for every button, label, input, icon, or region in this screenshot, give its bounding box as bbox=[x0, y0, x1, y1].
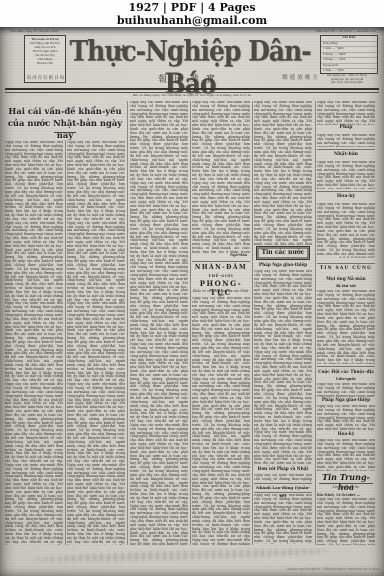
chinese-caption-left: 向河在紅紙日每 bbox=[24, 75, 68, 81]
section-box-tin-cac-nuoc: Tin các nước bbox=[256, 246, 310, 260]
body-text: Ngày nay các nước văn-minh đều chú trọng… bbox=[317, 498, 375, 545]
article-title-phongtuc: PHONG-TỤC bbox=[192, 279, 250, 289]
column-1: Ngày nay các nước văn-minh đều chú trọng… bbox=[5, 101, 63, 545]
masthead-date-right: Năm thứ VII — Số 2107 — Giá bán 5 xu bbox=[256, 30, 376, 34]
header-tin-sau-cung: TIN SAU CÙNG bbox=[317, 263, 375, 276]
author-signature: Ngô-Hân bbox=[192, 253, 250, 259]
advert-note-line: tiền trước mỗi dòng 0$20 bbox=[318, 81, 376, 85]
body-text: Ngày nay các nước văn-minh đều chú trọng… bbox=[192, 101, 250, 253]
body-text: Ngày nay các nước văn-minh đều chú trọng… bbox=[5, 141, 63, 545]
body-text: Ngày nay các nước văn-minh đều chú trọng… bbox=[67, 141, 125, 545]
column-3: Ngày nay các nước văn-minh đều chú trọng… bbox=[130, 101, 188, 545]
scan-smudge bbox=[30, 547, 330, 564]
info-box-line: Bùi-huy-Tín bbox=[26, 61, 64, 65]
subheader-phap-nga-2: Pháp Nga giao-thiệp bbox=[317, 397, 375, 405]
body-text: Ngày nay các nước văn-minh đều chú trọng… bbox=[317, 134, 375, 147]
column-rule bbox=[65, 140, 66, 545]
column-rule bbox=[190, 101, 191, 545]
pdf-email: buihuuhanh@gmail.com bbox=[0, 14, 384, 27]
body-text: Ngày nay các nước văn-minh đều chú trọng… bbox=[317, 101, 375, 125]
subheader-hoa-ky-2: Hoa-kỳ bbox=[317, 431, 375, 439]
publication-subtitle: Báo in hằng ngày, trừ chủ-nhật và ngày l… bbox=[40, 93, 344, 97]
body-text: Ngày nay các nước văn-minh đều chú trọng… bbox=[317, 203, 375, 255]
subheader-don-voi-phap-nhat: Đơn với Pháp và Nhật bbox=[254, 466, 312, 474]
body-text: Ngày nay các nước văn-minh đều chú trọng… bbox=[317, 161, 375, 189]
pdf-info-line: 1927 | PDF | 4 Pages bbox=[0, 0, 384, 14]
header-phap: Pháp bbox=[317, 125, 375, 134]
agency-byline: A. C. P. 15 Octobre 1927 bbox=[317, 255, 375, 261]
body-text: Ngày nay các nước văn-minh đều chú trọng… bbox=[254, 101, 312, 245]
subscription-price-box: GIÁ BÁO Đông-Pháp: 1 năm ..... 5$00 6 th… bbox=[320, 35, 378, 74]
gallica-watermark: Source gallica.bnf.fr / Bibliothèque nat… bbox=[287, 567, 380, 571]
section-header-nhandam: NHÀN-ĐÀM bbox=[192, 261, 250, 274]
pdf-info-banner: 1927 | PDF | 4 Pages buihuuhanh@gmail.co… bbox=[0, 0, 384, 27]
chinese-title: 報民業實 bbox=[130, 72, 250, 85]
body-text: Ngày nay các nước văn-minh đều chú trọng… bbox=[254, 494, 312, 544]
subheader-thuoc-dia: Cuộc Hội các Thuộc-địa bbox=[317, 366, 375, 377]
subheader-moi-ung: Mọi ủng Nã-mân bbox=[317, 276, 375, 284]
body-text: Ngày nay các nước văn-minh đều chú trọng… bbox=[254, 270, 312, 466]
body-text: Ngày nay các nước văn-minh đều chú trọng… bbox=[317, 439, 375, 471]
body-text: Ngày nay các nước văn-minh đều chú trọng… bbox=[317, 290, 375, 364]
advert-note: Giá quảng-cáo — Bàn với Trị-sự quảng-cáo… bbox=[318, 74, 376, 85]
header-nhat-ban: Nhật-bản bbox=[317, 149, 375, 161]
subheader-phap-nga: Pháp Nga giao-thiệp bbox=[254, 262, 312, 270]
body-text: Ngày nay các nước văn-minh đều chú trọng… bbox=[317, 383, 375, 397]
headline-space bbox=[5, 101, 63, 141]
newspaper-page: Thứ năm, ngày 27 Octobre 1927 Năm thứ VI… bbox=[0, 27, 384, 576]
column-6: Ngày nay các nước văn-minh đều chú trọng… bbox=[317, 101, 375, 545]
column-4: Ngày nay các nước văn-minh đều chú trọng… bbox=[192, 101, 250, 545]
column-rule bbox=[315, 101, 316, 545]
body-text: Ngày nay các nước văn-minh đều chú trọng… bbox=[130, 101, 188, 545]
body-text: Ngày nay các nước văn-minh đều chú trọng… bbox=[254, 474, 312, 482]
column-rule bbox=[252, 101, 253, 545]
column-rule bbox=[127, 101, 128, 545]
header-hoa-ky: Hoa-kỳ bbox=[317, 191, 375, 203]
body-columns: Ngày nay các nước văn-minh đều chú trọng… bbox=[5, 101, 379, 545]
column-2: Ngày nay các nước văn-minh đều chú trọng… bbox=[67, 101, 125, 545]
article-subtitle: Khảo về chế-độ khai-hóa của Nhật-bản bbox=[192, 289, 250, 297]
header-tin-trung-hoa: Tin Trung-hoa bbox=[319, 472, 373, 484]
column-5: Ngày nay các nước văn-minh đều chú trọng… bbox=[254, 101, 312, 545]
masthead-date-left: Thứ năm, ngày 27 Octobre 1927 bbox=[10, 30, 120, 34]
body-text: Ngày nay các nước văn-minh đều chú trọng… bbox=[317, 405, 375, 431]
body-text: Ngày nay các nước văn-minh đều chú trọng… bbox=[192, 297, 250, 545]
headline-space bbox=[67, 101, 125, 141]
subheader-lao-dong: Nhành Lao-động (Quản-sè) bbox=[254, 483, 312, 493]
